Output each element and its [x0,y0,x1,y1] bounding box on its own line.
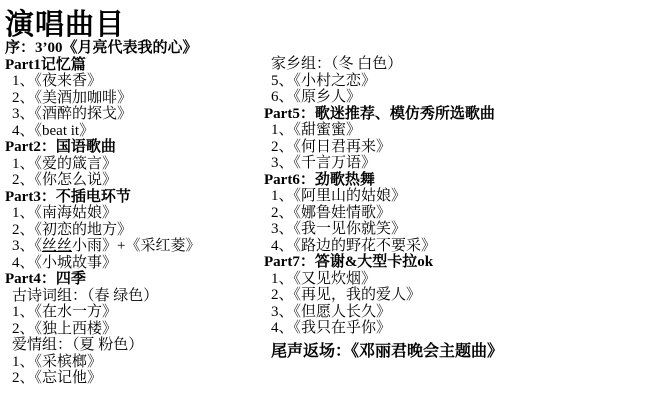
section-header: Part3：不插电环节 [3,189,258,206]
song-line: 爱情组：（夏 粉色） [3,337,258,354]
song-line: 6、《原乡人》 [262,89,657,106]
section-header: Part1记忆篇 [3,57,258,74]
song-line: 1、《阿里山的姑娘》 [262,188,657,205]
song-line: 3、《千言万语》 [262,155,657,172]
song-line: 2、《你怎么说》 [3,172,258,189]
song-line: 1、《采槟榔》 [3,354,258,371]
song-list-right-column: 家乡组：（冬 白色）5、《小村之恋》6、《原乡人》Part5：歌迷推荐、模仿秀所… [262,56,657,360]
song-line: 2、《美酒加咖啡》 [3,90,258,107]
song-line: 3、《但愿人长久》 [262,304,657,321]
song-line: 3、《丝丝小雨》+《采红菱》 [3,238,258,255]
underlined-song-title: 丝丝 [42,238,72,254]
song-line: 1、《南海姑娘》 [3,205,258,222]
song-line: 古诗词组：（春 绿色） [3,288,258,305]
song-line: 2、《何日君再来》 [262,139,657,156]
song-line: 3、《酒醉的探戈》 [3,106,258,123]
document-page: 演唱曲目 序：3’00《月亮代表我的心》Part1记忆篇1、《夜来香》2、《美酒… [0,0,660,395]
song-line: 4、《路边的野花不要采》 [262,238,657,255]
song-line: 1、《在水一方》 [3,304,258,321]
finale-line: 尾声返场：《邓丽君晚会主题曲》 [262,344,657,361]
song-line: 3、《我一见你就笑》 [262,221,657,238]
song-line: 4、《小城故事》 [3,255,258,272]
song-line: 5、《小村之恋》 [262,73,657,90]
song-line: 1、《又见炊烟》 [262,271,657,288]
song-line: 家乡组：（冬 白色） [262,56,657,73]
song-line: 2、《再见，我的爱人》 [262,287,657,304]
section-header: Part2：国语歌曲 [3,139,258,156]
section-header: Part6：劲歌热舞 [262,172,657,189]
song-line: 4、《我只在乎你》 [262,320,657,337]
song-line: 1、《甜蜜蜜》 [262,122,657,139]
song-line: 2、《娜鲁娃情歌》 [262,205,657,222]
song-line: 2、《初恋的地方》 [3,222,258,239]
song-line: 2、《忘记他》 [3,370,258,387]
song-line: 1、《爱的箴言》 [3,156,258,173]
section-header: 序：3’00《月亮代表我的心》 [3,40,258,57]
section-header: Part7：答谢&大型卡拉ok [262,254,657,271]
page-title: 演唱曲目 [5,2,125,43]
song-line: 2、《独上西楼》 [3,321,258,338]
section-header: Part5：歌迷推荐、模仿秀所选歌曲 [262,106,657,123]
song-line: 1、《夜来香》 [3,73,258,90]
song-line: 4、《beat it》 [3,123,258,140]
section-header: Part4：四季 [3,271,258,288]
song-list-left-column: 序：3’00《月亮代表我的心》Part1记忆篇1、《夜来香》2、《美酒加咖啡》3… [3,40,258,387]
